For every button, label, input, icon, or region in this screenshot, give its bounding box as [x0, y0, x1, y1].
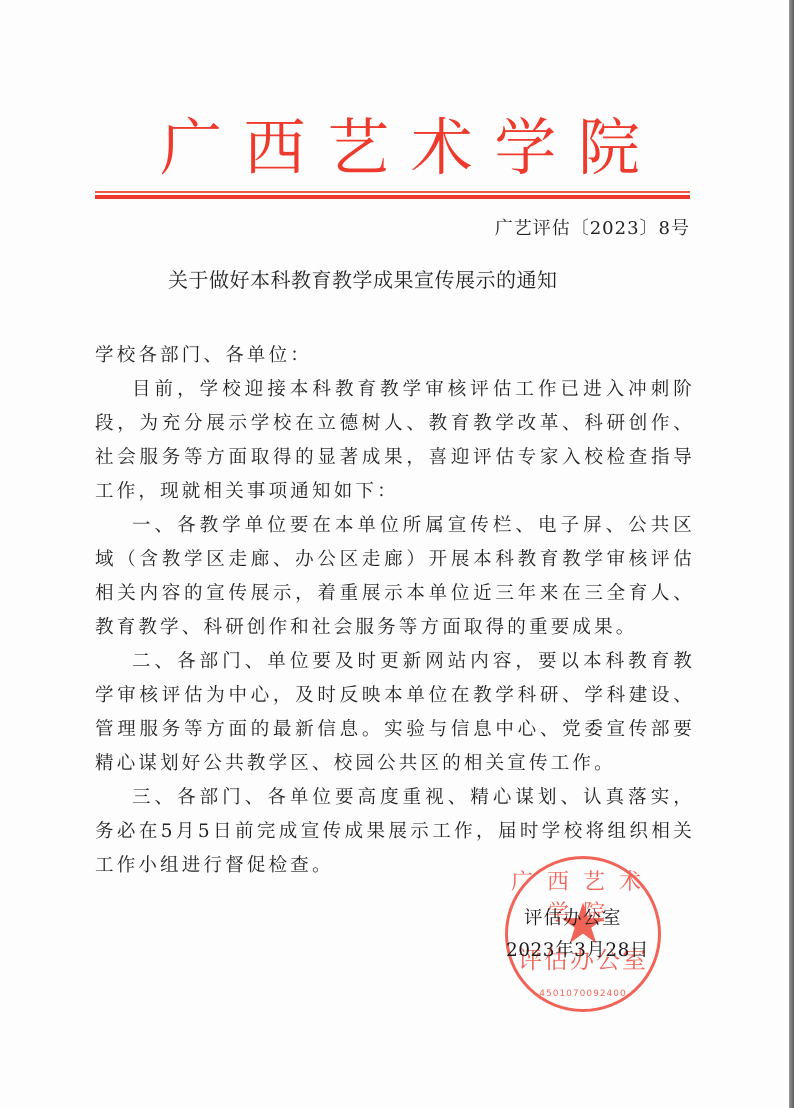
signature-office: 评估办公室 — [524, 904, 622, 930]
document-number: 广艺评估〔2023〕8号 — [495, 214, 690, 240]
document-title: 关于做好本科教育教学成果宣传展示的通知 — [168, 264, 558, 293]
masthead-char: 学 — [494, 117, 556, 179]
masthead-char: 术 — [411, 117, 473, 179]
masthead-char: 西 — [244, 117, 306, 179]
seal-code: 4501070092400 — [508, 989, 658, 999]
paragraph-intro: 目前，学校迎接本科教育教学审核评估工作已进入冲刺阶段，为充分展示学校在立德树人、… — [95, 373, 695, 509]
masthead-char: 广 — [160, 117, 222, 179]
salutation: 学校各部门、各单位： — [95, 339, 695, 373]
paragraph-item-2: 二、各部门、单位要及时更新网站内容，要以本科教育教学审核评估为中心，及时反映本单… — [95, 645, 695, 781]
official-seal: 广西艺术学院 ★ 评估办公室 4501070092400 — [505, 856, 661, 1012]
paragraph-item-1: 一、各教学单位要在本单位所属宣传栏、电子屏、公共区域（含教学区走廊、办公区走廊）… — [95, 509, 695, 645]
signature-date: 2023年3月28日 — [506, 936, 649, 962]
masthead-rule-thick — [95, 195, 690, 199]
masthead-title: 广 西 艺 术 学 院 — [160, 108, 640, 188]
masthead-char: 艺 — [327, 117, 389, 179]
masthead-rule-thin — [95, 191, 690, 193]
page-edge-shadow — [789, 0, 794, 1108]
document-body: 学校各部门、各单位： 目前，学校迎接本科教育教学审核评估工作已进入冲刺阶段，为充… — [95, 339, 695, 883]
masthead-char: 院 — [578, 117, 640, 179]
